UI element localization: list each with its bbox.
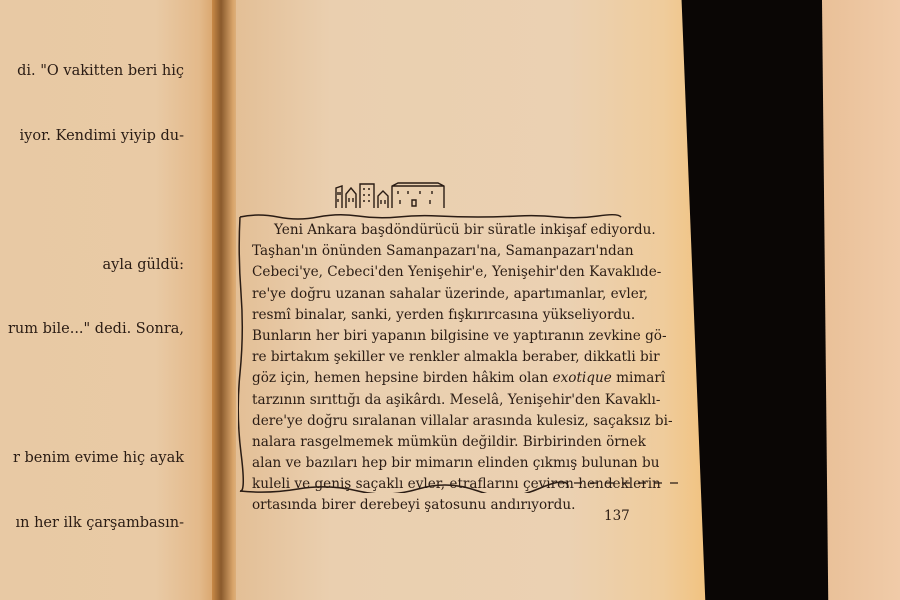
- page-number: 137: [604, 508, 630, 524]
- text-line: Taşhan'ın önünden Samanpazarı'na, Samanp…: [252, 241, 620, 262]
- text-line: dere'ye doğru sıralanan villalar arasınd…: [252, 411, 620, 432]
- passage-paragraph: Yeni Ankara başdöndürücü bir süratle ink…: [252, 220, 620, 517]
- text-line: Yeni Ankara başdöndürücü bir süratle ink…: [252, 220, 620, 241]
- text-line: resmî binalar, sanki, yerden fışkırırcas…: [252, 305, 620, 326]
- text-line: kuleli ve geniş saçaklı evler, etrafları…: [252, 474, 620, 495]
- text-line-mixed: göz için, hemen hepsine birden hâkim ola…: [252, 368, 620, 389]
- left-page-text: di. "O vakitten beri hiç iyor. Kendimi y…: [0, 18, 184, 577]
- text-segment: mimarî: [612, 370, 665, 386]
- text-line: iyor. Kendimi yiyip du-: [0, 126, 184, 148]
- text-line: Cebeci'ye, Cebeci'den Yenişehir'e, Yeniş…: [252, 262, 620, 283]
- text-line: di. "O vakitten beri hiç: [0, 61, 184, 83]
- text-line: Bunların her biri yapanın bilgisine ve y…: [252, 326, 620, 347]
- text-line: alan ve bazıları hep bir mimarın elinden…: [252, 453, 620, 474]
- text-segment: göz için, hemen hepsine birden hâkim ola…: [252, 370, 553, 386]
- text-line: rum bile..." dedi. Sonra,: [0, 319, 184, 341]
- text-line: nalara rasgelmemek mümkün değildir. Birb…: [252, 432, 620, 453]
- book-photo: di. "O vakitten beri hiç iyor. Kendimi y…: [0, 0, 900, 600]
- text-line: re birtakım şekiller ve renkler almakla …: [252, 347, 620, 368]
- dashed-line-divider: [572, 480, 690, 486]
- text-line: ortasında birer derebeyi şatosunu andırı…: [252, 495, 620, 516]
- text-line: tarzının sırıttığı da aşikârdı. Meselâ, …: [252, 390, 620, 411]
- text-line: re'ye doğru uzanan sahalar üzerinde, apa…: [252, 284, 620, 305]
- buildings-skyline-icon: [334, 180, 446, 210]
- italic-word: exotique: [553, 370, 612, 386]
- back-page-edge: [822, 0, 900, 600]
- text-line: [0, 384, 184, 406]
- left-page: di. "O vakitten beri hiç iyor. Kendimi y…: [0, 0, 222, 600]
- text-line: ayla güldü:: [0, 255, 184, 277]
- text-line: [0, 190, 184, 212]
- text-line: r benim evime hiç ayak: [0, 448, 184, 470]
- text-line: ın her ilk çarşambasın-: [0, 513, 184, 535]
